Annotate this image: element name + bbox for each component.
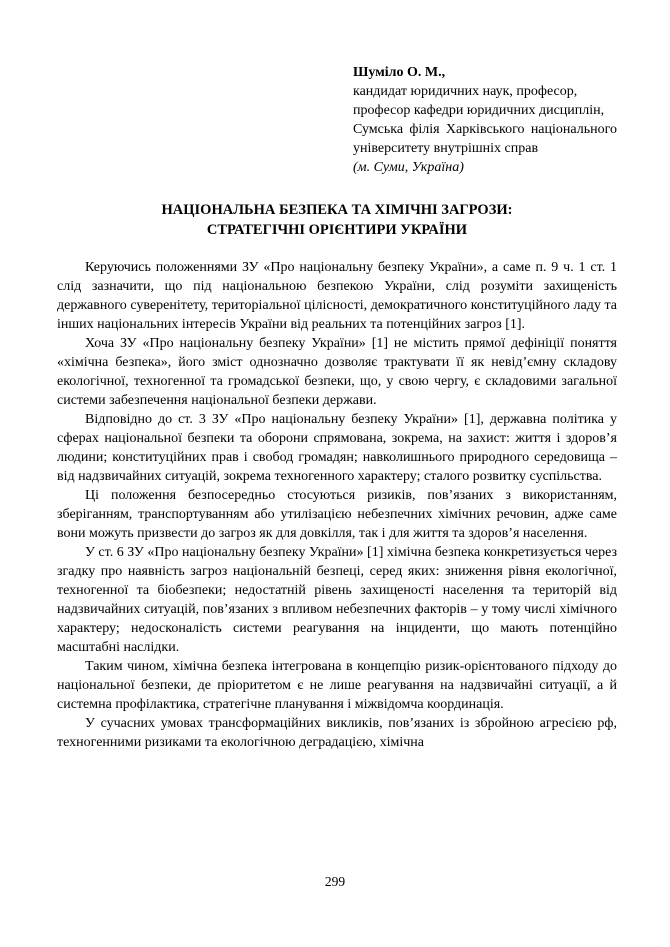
author-name: Шуміло О. М., (353, 63, 617, 82)
page-number: 299 (0, 873, 670, 890)
article-title-line-2: СТРАТЕГІЧНІ ОРІЄНТИРИ УКРАЇНИ (57, 220, 617, 240)
paragraph-5: У ст. 6 ЗУ «Про національну безпеку Укра… (57, 543, 617, 657)
author-block: Шуміло О. М., кандидат юридичних наук, п… (353, 63, 617, 177)
paragraph-3: Відповідно до ст. 3 ЗУ «Про національну … (57, 410, 617, 486)
author-affiliation: Сумська філія Харківського національного… (353, 120, 617, 158)
paragraph-4: Ці положення безпосередньо стосуються ри… (57, 486, 617, 543)
paragraph-1: Керуючись положеннями ЗУ «Про національн… (57, 258, 617, 334)
article-title: НАЦІОНАЛЬНА БЕЗПЕКА ТА ХІМІЧНІ ЗАГРОЗИ: … (57, 200, 617, 240)
page-content: Шуміло О. М., кандидат юридичних наук, п… (57, 63, 617, 752)
article-body: Керуючись положеннями ЗУ «Про національн… (57, 258, 617, 752)
article-title-line-1: НАЦІОНАЛЬНА БЕЗПЕКА ТА ХІМІЧНІ ЗАГРОЗИ: (57, 200, 617, 220)
author-degree: кандидат юридичних наук, професор, (353, 82, 617, 101)
paragraph-7: У сучасних умовах трансформаційних викли… (57, 714, 617, 752)
author-location: (м. Суми, Україна) (353, 158, 617, 177)
document-page: Шуміло О. М., кандидат юридичних наук, п… (0, 0, 670, 947)
author-position: професор кафедри юридичних дисциплін, (353, 101, 617, 120)
paragraph-2: Хоча ЗУ «Про національну безпеку України… (57, 334, 617, 410)
paragraph-6: Таким чином, хімічна безпека інтегрована… (57, 657, 617, 714)
